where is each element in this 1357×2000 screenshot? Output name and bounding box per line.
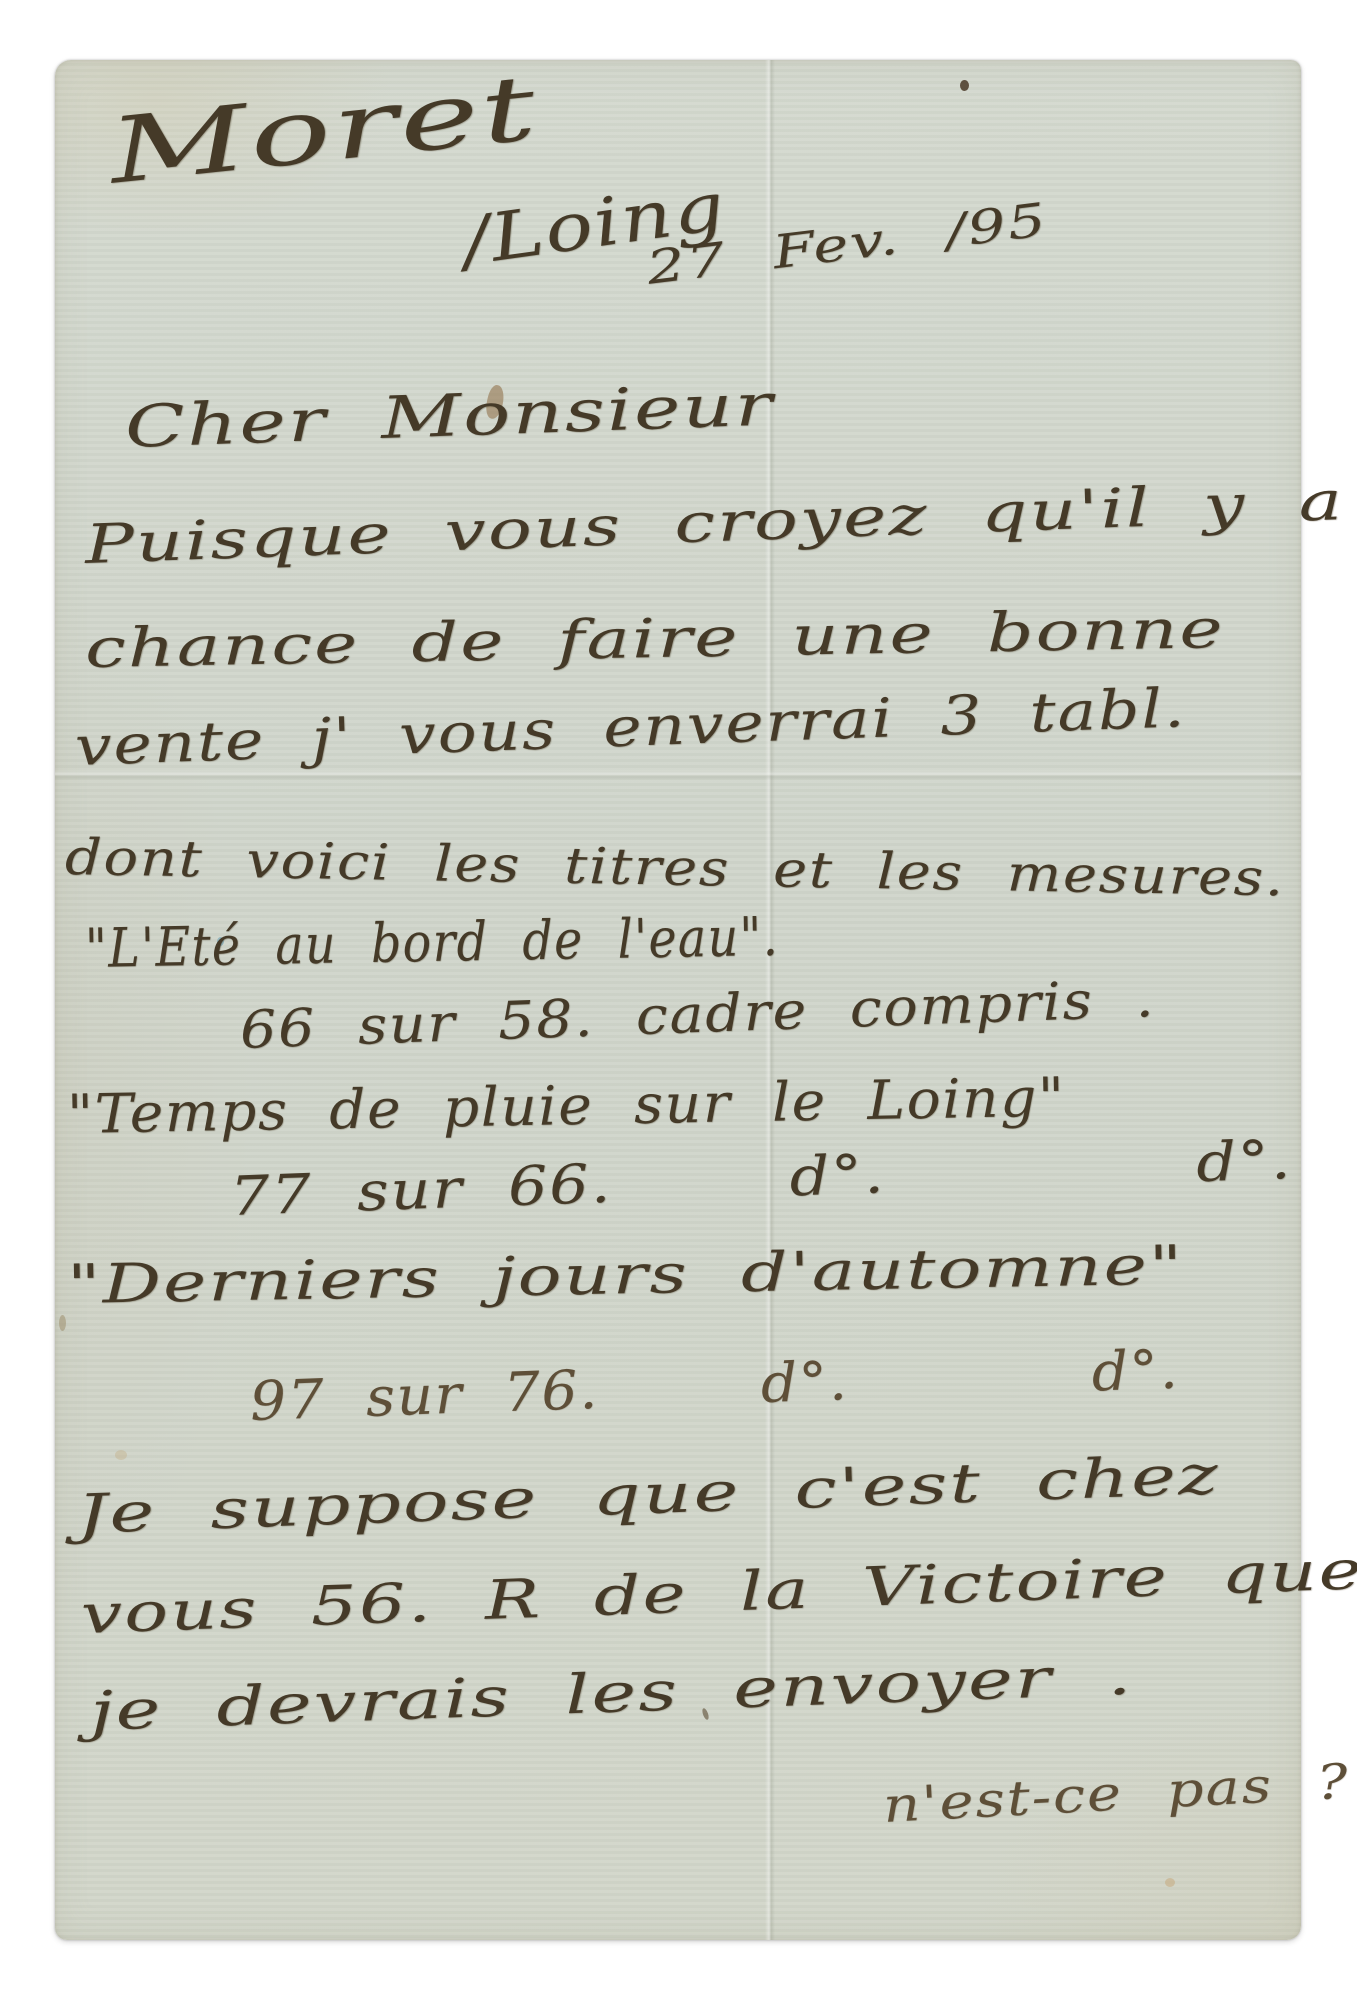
letter-paper: Moret /Loing 27 Fev. /95 Cher Monsieur P…	[55, 60, 1301, 1940]
body-line: vous 56. R de la Victoire que	[80, 1543, 1357, 1642]
body-line: Je suppose que c'est chez	[76, 1448, 1221, 1542]
body-line: chance de faire une bonne	[85, 602, 1225, 676]
measurement-line: 97 sur 76. d°. d°.	[249, 1343, 1180, 1429]
body-line: Puisque vous croyez qu'il y a	[84, 474, 1345, 572]
painting-title-line: "L'Eté au bord de l'eau".	[85, 910, 780, 976]
body-line: je devrais les envoyer .	[89, 1649, 1134, 1739]
salutation: Cher Monsieur	[124, 375, 775, 456]
edge-nick	[59, 1315, 66, 1331]
measurement-line: 77 sur 66. d°. d°.	[229, 1133, 1293, 1224]
closing-line: n'est-ce pas ?	[882, 1758, 1351, 1830]
painting-title-line: "Derniers jours d'automne"	[67, 1239, 1185, 1312]
letter-scan: Moret /Loing 27 Fev. /95 Cher Monsieur P…	[0, 0, 1357, 2000]
body-line: vente j' vous enverrai 3 tabl.	[74, 681, 1187, 774]
foxing-spot	[1165, 1878, 1175, 1887]
painting-title-line: "Temps de pluie sur le Loing"	[67, 1071, 1067, 1142]
foxing-spot	[115, 1450, 127, 1460]
ink-speck	[960, 80, 969, 91]
body-line: dont voici les titres et les mesures.	[65, 832, 1286, 903]
place-name: Moret	[105, 63, 542, 197]
measurement-line: 66 sur 58. cadre compris .	[239, 973, 1156, 1057]
